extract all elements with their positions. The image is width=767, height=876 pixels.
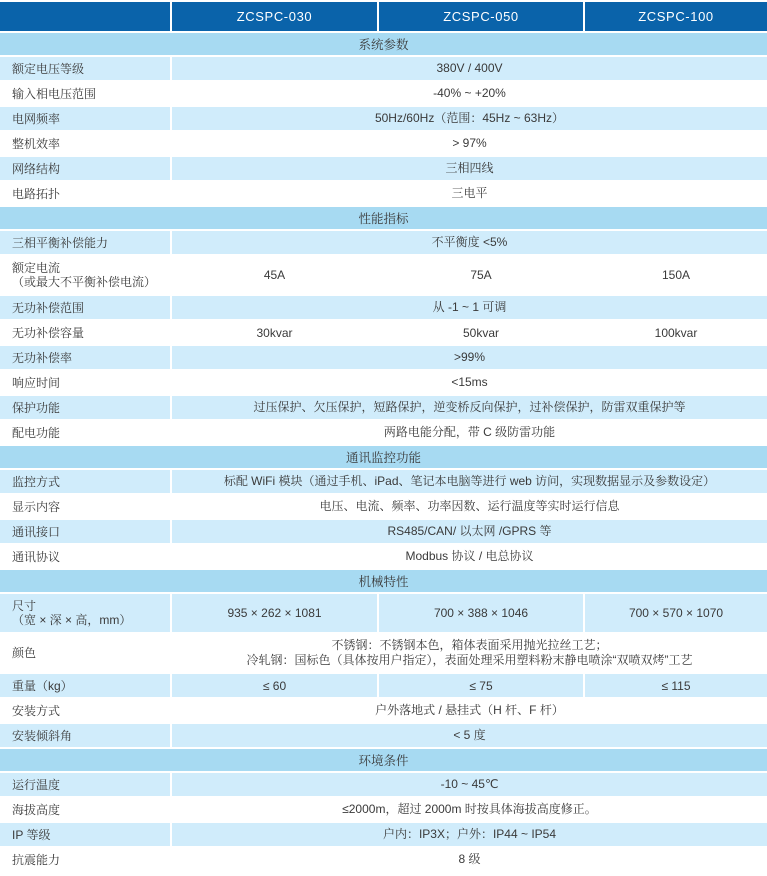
table-row: 额定电压等级 380V / 400V xyxy=(0,57,767,80)
row-value: ≤2000m，超过 2000m 时按具体海拔高度修正。 xyxy=(172,798,767,821)
row-value: <15ms xyxy=(172,371,767,394)
row-value-030: ≤ 60 xyxy=(172,674,377,697)
row-value: 过压保护、欠压保护，短路保护，逆变桥反向保护，过补偿保护，防雷双重保护等 xyxy=(172,396,767,419)
row-value-030: 30kvar xyxy=(172,321,377,344)
section-title-mechanical: 机械特性 xyxy=(0,570,767,592)
table-row: 网络结构 三相四线 xyxy=(0,157,767,180)
row-value-100: 700 × 570 × 1070 xyxy=(585,594,767,632)
section-rows-performance: 三相平衡补偿能力 不平衡度 <5% 额定电流 （或最大不平衡补偿电流） 45A … xyxy=(0,231,767,444)
table-row: 三相平衡补偿能力 不平衡度 <5% xyxy=(0,231,767,254)
row-label: 配电功能 xyxy=(0,421,170,444)
row-value: >99% xyxy=(172,346,767,369)
row-label: 无功补偿容量 xyxy=(0,321,170,344)
row-label: 电网频率 xyxy=(0,107,170,130)
row-label-line2: （宽 × 深 × 高，mm） xyxy=(12,613,170,627)
row-value-030: 45A xyxy=(172,256,377,294)
row-label: 通讯协议 xyxy=(0,545,170,568)
header-model-030: ZCSPC-030 xyxy=(172,2,377,31)
row-label: 无功补偿率 xyxy=(0,346,170,369)
row-value: Modbus 协议 / 电总协议 xyxy=(172,545,767,568)
row-label: 重量（kg） xyxy=(0,674,170,697)
table-row: 整机效率 > 97% xyxy=(0,132,767,155)
header-model-050: ZCSPC-050 xyxy=(379,2,583,31)
section-title-communication: 通讯监控功能 xyxy=(0,446,767,468)
row-label-line1: 额定电流 xyxy=(12,261,170,275)
model-header-row: ZCSPC-030 ZCSPC-050 ZCSPC-100 xyxy=(0,2,767,31)
row-value: 户内：IP3X；户外：IP44 ~ IP54 xyxy=(172,823,767,846)
row-label-line1: 尺寸 xyxy=(12,599,170,613)
row-value: 不平衡度 <5% xyxy=(172,231,767,254)
row-value: 标配 WiFi 模块（通过手机、iPad、笔记本电脑等进行 web 访问，实现数… xyxy=(172,470,767,493)
row-value: RS485/CAN/ 以太网 /GPRS 等 xyxy=(172,520,767,543)
table-row: 无功补偿容量 30kvar 50kvar 100kvar xyxy=(0,321,767,344)
row-label: IP 等级 xyxy=(0,823,170,846)
row-label: 输入相电压范围 xyxy=(0,82,170,105)
row-value: 两路电能分配，带 C 级防雷功能 xyxy=(172,421,767,444)
section-rows-mechanical: 尺寸 （宽 × 深 × 高，mm） 935 × 262 × 1081 700 ×… xyxy=(0,594,767,747)
table-row: 显示内容 电压、电流、频率、功率因数、运行温度等实时运行信息 xyxy=(0,495,767,518)
table-row: 无功补偿范围 从 -1 ~ 1 可调 xyxy=(0,296,767,319)
row-value-100: ≤ 115 xyxy=(585,674,767,697)
row-label: 保护功能 xyxy=(0,396,170,419)
row-value-050: 75A xyxy=(379,256,583,294)
row-label: 通讯接口 xyxy=(0,520,170,543)
row-value-050: 50kvar xyxy=(379,321,583,344)
table-row: 无功补偿率 >99% xyxy=(0,346,767,369)
header-empty-cell xyxy=(0,2,170,31)
row-label: 安装方式 xyxy=(0,699,170,722)
section-title-system: 系统参数 xyxy=(0,33,767,55)
table-row: 抗震能力 8 级 xyxy=(0,848,767,871)
section-rows-environment: 运行温度 -10 ~ 45℃ 海拔高度 ≤2000m，超过 2000m 时按具体… xyxy=(0,773,767,871)
row-label: 尺寸 （宽 × 深 × 高，mm） xyxy=(0,594,170,632)
row-label: 响应时间 xyxy=(0,371,170,394)
row-label: 海拔高度 xyxy=(0,798,170,821)
row-value: 从 -1 ~ 1 可调 xyxy=(172,296,767,319)
section-title-environment: 环境条件 xyxy=(0,749,767,771)
table-row: 通讯接口 RS485/CAN/ 以太网 /GPRS 等 xyxy=(0,520,767,543)
row-value: 8 级 xyxy=(172,848,767,871)
row-label: 网络结构 xyxy=(0,157,170,180)
row-label: 额定电流 （或最大不平衡补偿电流） xyxy=(0,256,170,294)
table-row: 通讯协议 Modbus 协议 / 电总协议 xyxy=(0,545,767,568)
row-label: 显示内容 xyxy=(0,495,170,518)
table-row: 安装倾斜角 < 5 度 xyxy=(0,724,767,747)
table-row: 尺寸 （宽 × 深 × 高，mm） 935 × 262 × 1081 700 ×… xyxy=(0,594,767,632)
row-label: 抗震能力 xyxy=(0,848,170,871)
row-value: -10 ~ 45℃ xyxy=(172,773,767,796)
row-label: 监控方式 xyxy=(0,470,170,493)
header-model-100: ZCSPC-100 xyxy=(585,2,767,31)
row-value-050: ≤ 75 xyxy=(379,674,583,697)
table-row: 保护功能 过压保护、欠压保护，短路保护，逆变桥反向保护，过补偿保护，防雷双重保护… xyxy=(0,396,767,419)
row-value: 户外落地式 / 悬挂式（H 杆、F 杆） xyxy=(172,699,767,722)
row-value-100: 150A xyxy=(585,256,767,294)
row-value-030: 935 × 262 × 1081 xyxy=(172,594,377,632)
table-row: 监控方式 标配 WiFi 模块（通过手机、iPad、笔记本电脑等进行 web 访… xyxy=(0,470,767,493)
section-rows-system: 额定电压等级 380V / 400V 输入相电压范围 -40% ~ +20% 电… xyxy=(0,57,767,205)
table-row: 电网频率 50Hz/60Hz（范围：45Hz ~ 63Hz） xyxy=(0,107,767,130)
row-value-100: 100kvar xyxy=(585,321,767,344)
row-label: 安装倾斜角 xyxy=(0,724,170,747)
table-row: 输入相电压范围 -40% ~ +20% xyxy=(0,82,767,105)
table-row: 配电功能 两路电能分配，带 C 级防雷功能 xyxy=(0,421,767,444)
spec-table: ZCSPC-030 ZCSPC-050 ZCSPC-100 系统参数 额定电压等… xyxy=(0,0,767,871)
table-row: IP 等级 户内：IP3X；户外：IP44 ~ IP54 xyxy=(0,823,767,846)
table-row: 重量（kg） ≤ 60 ≤ 75 ≤ 115 xyxy=(0,674,767,697)
row-value-050: 700 × 388 × 1046 xyxy=(379,594,583,632)
row-label: 颜色 xyxy=(0,634,170,672)
row-value: > 97% xyxy=(172,132,767,155)
row-value-line2: 冷轧钢：国标色（具体按用户指定），表面处理采用塑料粉末静电喷涂“双喷双烤”工艺 xyxy=(247,653,693,668)
row-label: 整机效率 xyxy=(0,132,170,155)
row-label: 无功补偿范围 xyxy=(0,296,170,319)
table-row: 运行温度 -10 ~ 45℃ xyxy=(0,773,767,796)
row-value-line1: 不锈钢：不锈钢本色，箱体表面采用抛光拉丝工艺； xyxy=(331,638,607,653)
row-value: 380V / 400V xyxy=(172,57,767,80)
row-label: 额定电压等级 xyxy=(0,57,170,80)
table-row: 颜色 不锈钢：不锈钢本色，箱体表面采用抛光拉丝工艺； 冷轧钢：国标色（具体按用户… xyxy=(0,634,767,672)
row-label: 电路拓扑 xyxy=(0,182,170,205)
row-value: 50Hz/60Hz（范围：45Hz ~ 63Hz） xyxy=(172,107,767,130)
table-row: 响应时间 <15ms xyxy=(0,371,767,394)
section-title-performance: 性能指标 xyxy=(0,207,767,229)
row-value: 电压、电流、频率、功率因数、运行温度等实时运行信息 xyxy=(172,495,767,518)
row-label-line2: （或最大不平衡补偿电流） xyxy=(12,275,170,289)
row-value: 三电平 xyxy=(172,182,767,205)
row-label: 运行温度 xyxy=(0,773,170,796)
section-rows-communication: 监控方式 标配 WiFi 模块（通过手机、iPad、笔记本电脑等进行 web 访… xyxy=(0,470,767,568)
row-value: 不锈钢：不锈钢本色，箱体表面采用抛光拉丝工艺； 冷轧钢：国标色（具体按用户指定）… xyxy=(172,634,767,672)
table-row: 电路拓扑 三电平 xyxy=(0,182,767,205)
table-row: 海拔高度 ≤2000m，超过 2000m 时按具体海拔高度修正。 xyxy=(0,798,767,821)
table-row: 额定电流 （或最大不平衡补偿电流） 45A 75A 150A xyxy=(0,256,767,294)
row-value: 三相四线 xyxy=(172,157,767,180)
row-value: < 5 度 xyxy=(172,724,767,747)
row-label: 三相平衡补偿能力 xyxy=(0,231,170,254)
row-value: -40% ~ +20% xyxy=(172,82,767,105)
table-row: 安装方式 户外落地式 / 悬挂式（H 杆、F 杆） xyxy=(0,699,767,722)
